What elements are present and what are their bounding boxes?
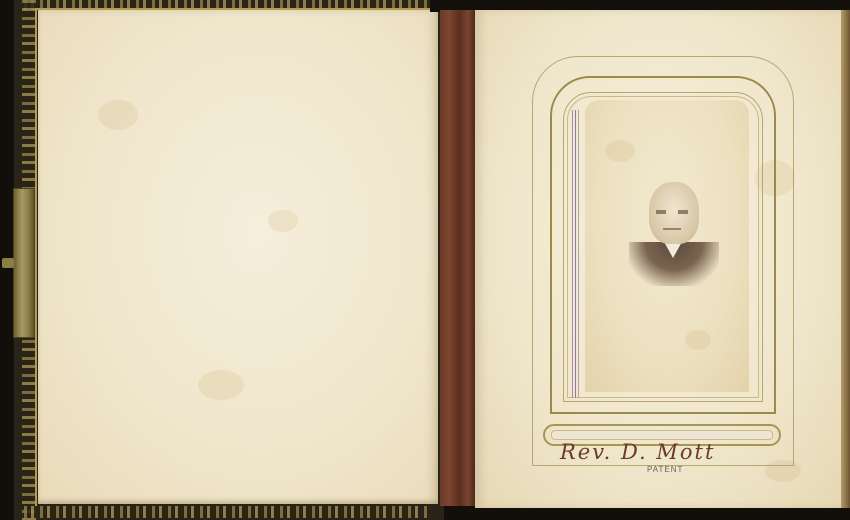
gold-tooling-bottom bbox=[24, 506, 429, 518]
portrait-man bbox=[629, 182, 719, 302]
foxing-stain bbox=[268, 210, 298, 232]
mouth bbox=[663, 228, 681, 230]
eyes bbox=[656, 210, 690, 214]
foxing-stain bbox=[98, 100, 138, 130]
gold-rule-left bbox=[35, 8, 37, 506]
card-edge-lines bbox=[572, 110, 580, 398]
patent-imprint: PATENT bbox=[647, 465, 683, 474]
left-page-blank bbox=[38, 10, 438, 504]
foxing-stain bbox=[685, 330, 711, 350]
foxing-stain bbox=[198, 370, 244, 400]
portrait-photo bbox=[585, 100, 749, 392]
album-spine bbox=[440, 10, 475, 506]
page-edges bbox=[841, 10, 850, 508]
foxing-stain bbox=[605, 140, 635, 162]
clasp-pin bbox=[2, 258, 14, 268]
name-plate-inner bbox=[551, 430, 773, 440]
brass-clasp bbox=[13, 188, 35, 338]
album-spread: Rev. D. Mott PATENT bbox=[0, 0, 850, 520]
